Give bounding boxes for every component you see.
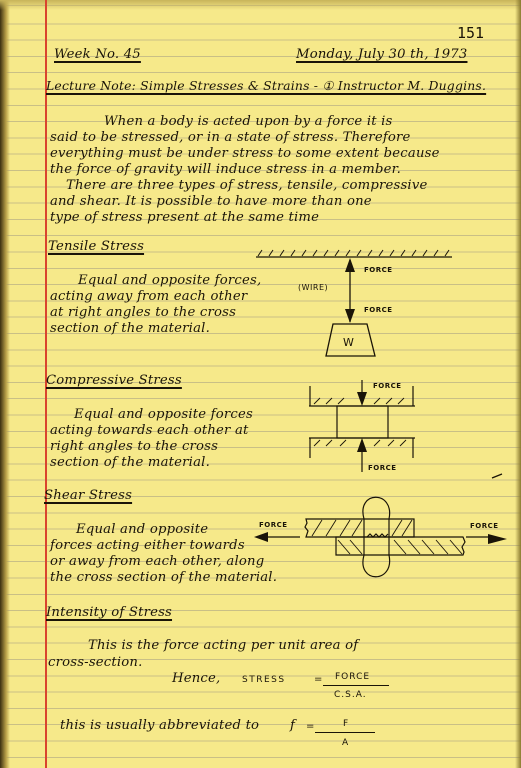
- notebook-page: 151 Week No. 45 Monday, July 30 th, 1973…: [0, 0, 521, 768]
- arrow-right-icon: [488, 534, 507, 544]
- formula-denominator: A: [342, 738, 349, 748]
- formula-numerator: F: [343, 719, 349, 729]
- heading-intensity-of-stress: Intensity of Stress: [46, 605, 172, 621]
- intensity-line: cross-section.: [48, 655, 143, 671]
- formula-lhs: STRESS: [242, 675, 286, 685]
- formula-equals: =: [314, 674, 323, 685]
- fraction-bar: [315, 732, 375, 733]
- formula-lhs: f: [290, 718, 295, 734]
- formula-prefix: this is usually abbreviated to: [60, 718, 259, 734]
- formula-equals: =: [306, 721, 315, 732]
- force-label-right: FORCE: [470, 522, 499, 530]
- fraction-bar: [323, 685, 389, 686]
- formula-prefix: Hence,: [172, 671, 220, 687]
- formula-denominator: C.S.A.: [334, 690, 367, 700]
- formula-numerator: FORCE: [335, 672, 370, 682]
- arrow-left-icon: [254, 532, 268, 542]
- intensity-line: This is the force acting per unit area o…: [88, 638, 358, 654]
- force-label-left: FORCE: [259, 521, 288, 529]
